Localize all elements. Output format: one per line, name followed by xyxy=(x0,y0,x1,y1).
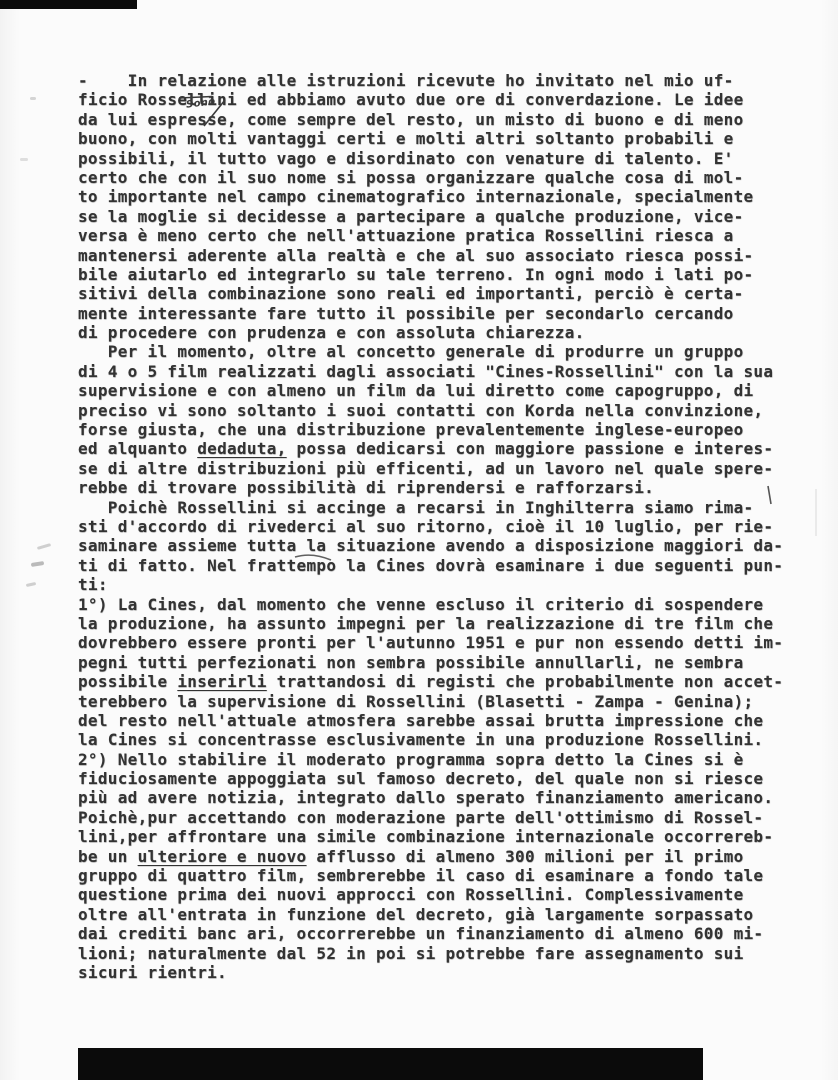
text-line: di procedere con prudenza e con assoluta… xyxy=(78,323,783,342)
text-line: lini,per affrontare una simile combinazi… xyxy=(78,827,783,846)
text-line: 1°) La Cines, dal momento che venne escl… xyxy=(78,595,783,614)
text-line: da lui espresse, come sempre del resto, … xyxy=(78,110,783,129)
typewritten-text: - In relazione alle istruzioni ricevute … xyxy=(78,71,783,982)
text-line: questione prima dei nuovi approcci con R… xyxy=(78,885,783,904)
scan-artifact-bottom-bar xyxy=(78,1048,703,1080)
text-line: supervisione e con almeno un film da lui… xyxy=(78,381,783,400)
document-page: - In relazione alle istruzioni ricevute … xyxy=(0,0,838,1080)
text-line: Poichè Rossellini si accinge a recarsi i… xyxy=(78,498,783,517)
text-line: versa è meno certo che nell'attuazione p… xyxy=(78,226,783,245)
text-line: ti di fatto. Nel frattempo la Cines dovr… xyxy=(78,556,783,575)
margin-smudge xyxy=(20,158,28,161)
scan-edge-shading-right xyxy=(820,0,838,1080)
text-line: ti: xyxy=(78,575,783,594)
text-line: lioni; naturalmente dal 52 in poi si pot… xyxy=(78,944,783,963)
text-line: preciso vi sono soltanto i suoi contatti… xyxy=(78,401,783,420)
text-line: sicuri rientri. xyxy=(78,963,783,982)
text-line: buono, con molti vantaggi certi e molti … xyxy=(78,129,783,148)
text-line: mantenersi aderente alla realtà e che al… xyxy=(78,246,783,265)
text-line: Poichè,pur accettando con moderazione pa… xyxy=(78,808,783,827)
scan-artifact-top-bar xyxy=(0,0,137,9)
text-line: rebbe di trovare possibilità di riprende… xyxy=(78,478,783,497)
scan-edge-shading-left xyxy=(0,0,20,1080)
text-line: saminare assieme tutta la situazione ave… xyxy=(78,536,783,555)
margin-smudge xyxy=(30,97,36,100)
text-line: to importante nel campo cinematografico … xyxy=(78,187,783,206)
text-line: ed alquanto dedaduta, possa dedicarsi co… xyxy=(78,439,783,458)
text-line: sti d'accordo di rivederci al suo ritorn… xyxy=(78,517,783,536)
text-line: certo che con il suo nome si possa organ… xyxy=(78,168,783,187)
text-line: oltre all'entrata in funzione del decret… xyxy=(78,905,783,924)
text-line: terebbero la supervisione di Rossellini … xyxy=(78,692,783,711)
margin-smudge xyxy=(26,582,36,587)
text-line: 2°) Nello stabilire il moderato programm… xyxy=(78,750,783,769)
text-line: dai crediti banc ari, occorrerebbe un fi… xyxy=(78,924,783,943)
text-line: be un ulteriore e nuovo afflusso di alme… xyxy=(78,847,783,866)
text-line: sitivi della combinazione sono reali ed … xyxy=(78,284,783,303)
text-line: bile aiutarlo ed integrarlo su tale terr… xyxy=(78,265,783,284)
text-line: pegni tutti perfezionati non sembra poss… xyxy=(78,653,783,672)
text-line: - In relazione alle istruzioni ricevute … xyxy=(78,71,783,90)
text-line: possibili, il tutto vago e disordinato c… xyxy=(78,149,783,168)
margin-smudge xyxy=(31,561,44,567)
text-line: mente interessante fare tutto il possibi… xyxy=(78,304,783,323)
text-line: di 4 o 5 film realizzati dagli associati… xyxy=(78,362,783,381)
text-line: ficio Rossellini ed abbiamo avuto due or… xyxy=(78,90,783,109)
text-line: Per il momento, oltre al concetto genera… xyxy=(78,342,783,361)
margin-smudge xyxy=(37,543,51,550)
text-line: fiduciosamente appoggiata sul famoso dec… xyxy=(78,769,783,788)
text-line: la Cines si concentrasse esclusivamente … xyxy=(78,730,783,749)
text-line: del resto nell'attuale atmosfera sarebbe… xyxy=(78,711,783,730)
text-line: dovrebbero essere pronti per l'autunno 1… xyxy=(78,633,783,652)
text-line: gruppo di quattro film, sembrerebbe il c… xyxy=(78,866,783,885)
text-line: possibile inserirli trattandosi di regis… xyxy=(78,672,783,691)
text-line: se la moglie si decidesse a partecipare … xyxy=(78,207,783,226)
text-line: più ad avere notizia, integrato dallo sp… xyxy=(78,788,783,807)
text-line: forse giusta, che una distribuzione prev… xyxy=(78,420,783,439)
text-line: se di altre distribuzioni più efficenti,… xyxy=(78,459,783,478)
text-line: la produzione, ha assunto impegni per la… xyxy=(78,614,783,633)
